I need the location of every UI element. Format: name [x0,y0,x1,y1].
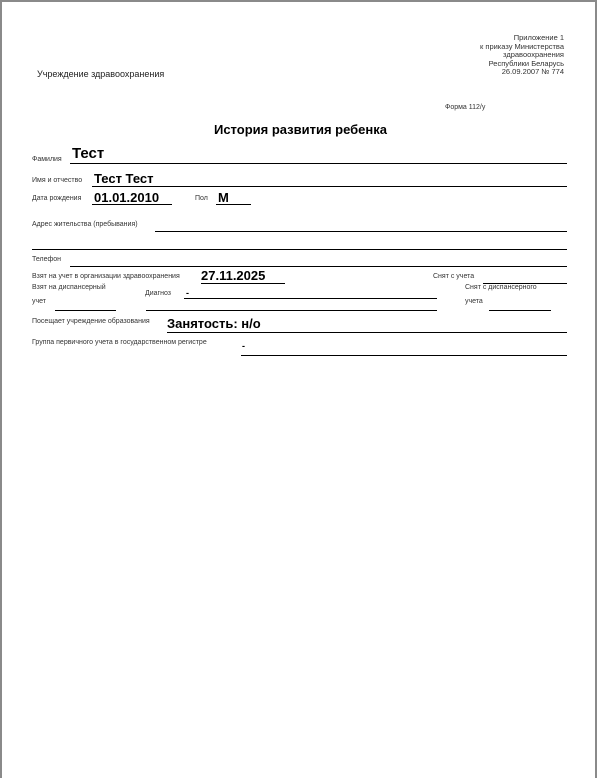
birth-date-label: Дата рождения [32,195,81,202]
document-page: Приложение 1 к приказу Министерства здра… [0,0,597,778]
diagnosis-underline-2 [146,310,437,311]
diagnosis-value: - [186,288,189,298]
dispensary-removed-label-line2: учета [465,298,483,305]
registry-group-underline [241,355,567,356]
address-label: Адрес жительства (пребывания) [32,221,138,228]
registered-label: Взят на учет в организации здравоохранен… [32,273,180,280]
registry-group-label: Группа первичного учета в государственно… [32,339,207,346]
institution-label: Учреждение здравоохранения [37,69,164,79]
education-label: Посещает учреждение образования [32,318,150,325]
sex-value: М [218,190,229,205]
deregistered-label: Снят с учета [433,273,474,280]
surname-label: Фамилия [32,156,62,163]
registered-value: 27.11.2025 [201,268,265,283]
diagnosis-label: Диагноз [145,290,171,297]
dispensary-removed-label-line1: Снят с диспансерного [465,284,537,291]
surname-underline [70,163,567,164]
diagnosis-underline [184,298,437,299]
sex-label: Пол [195,195,208,202]
birth-date-underline [92,204,172,205]
phone-label: Телефон [32,256,61,263]
name-label: Имя и отчество [32,177,82,184]
surname-value: Тест [72,145,104,162]
form-number: Форма 112/у [445,104,485,111]
dispensary-underline [55,310,116,311]
phone-underline [70,266,567,267]
sex-underline [216,204,251,205]
registry-group-value: - [242,341,245,351]
dispensary-label-line2: учет [32,298,46,305]
name-underline [92,186,567,187]
appendix-line: 26.09.2007 № 774 [480,68,564,77]
page-title: История развития ребенка [2,122,599,137]
birth-date-value: 01.01.2010 [94,190,159,205]
education-underline [167,332,567,333]
education-value: Занятость: н/о [167,316,261,331]
registered-underline [201,283,285,284]
dispensary-label-line1: Взят на диспансерный [32,284,106,291]
name-value: Тест Тест [94,171,154,186]
appendix-note: Приложение 1 к приказу Министерства здра… [480,34,564,77]
dispensary-removed-underline [489,310,551,311]
address-underline [155,231,567,232]
address-underline-2 [32,249,567,250]
